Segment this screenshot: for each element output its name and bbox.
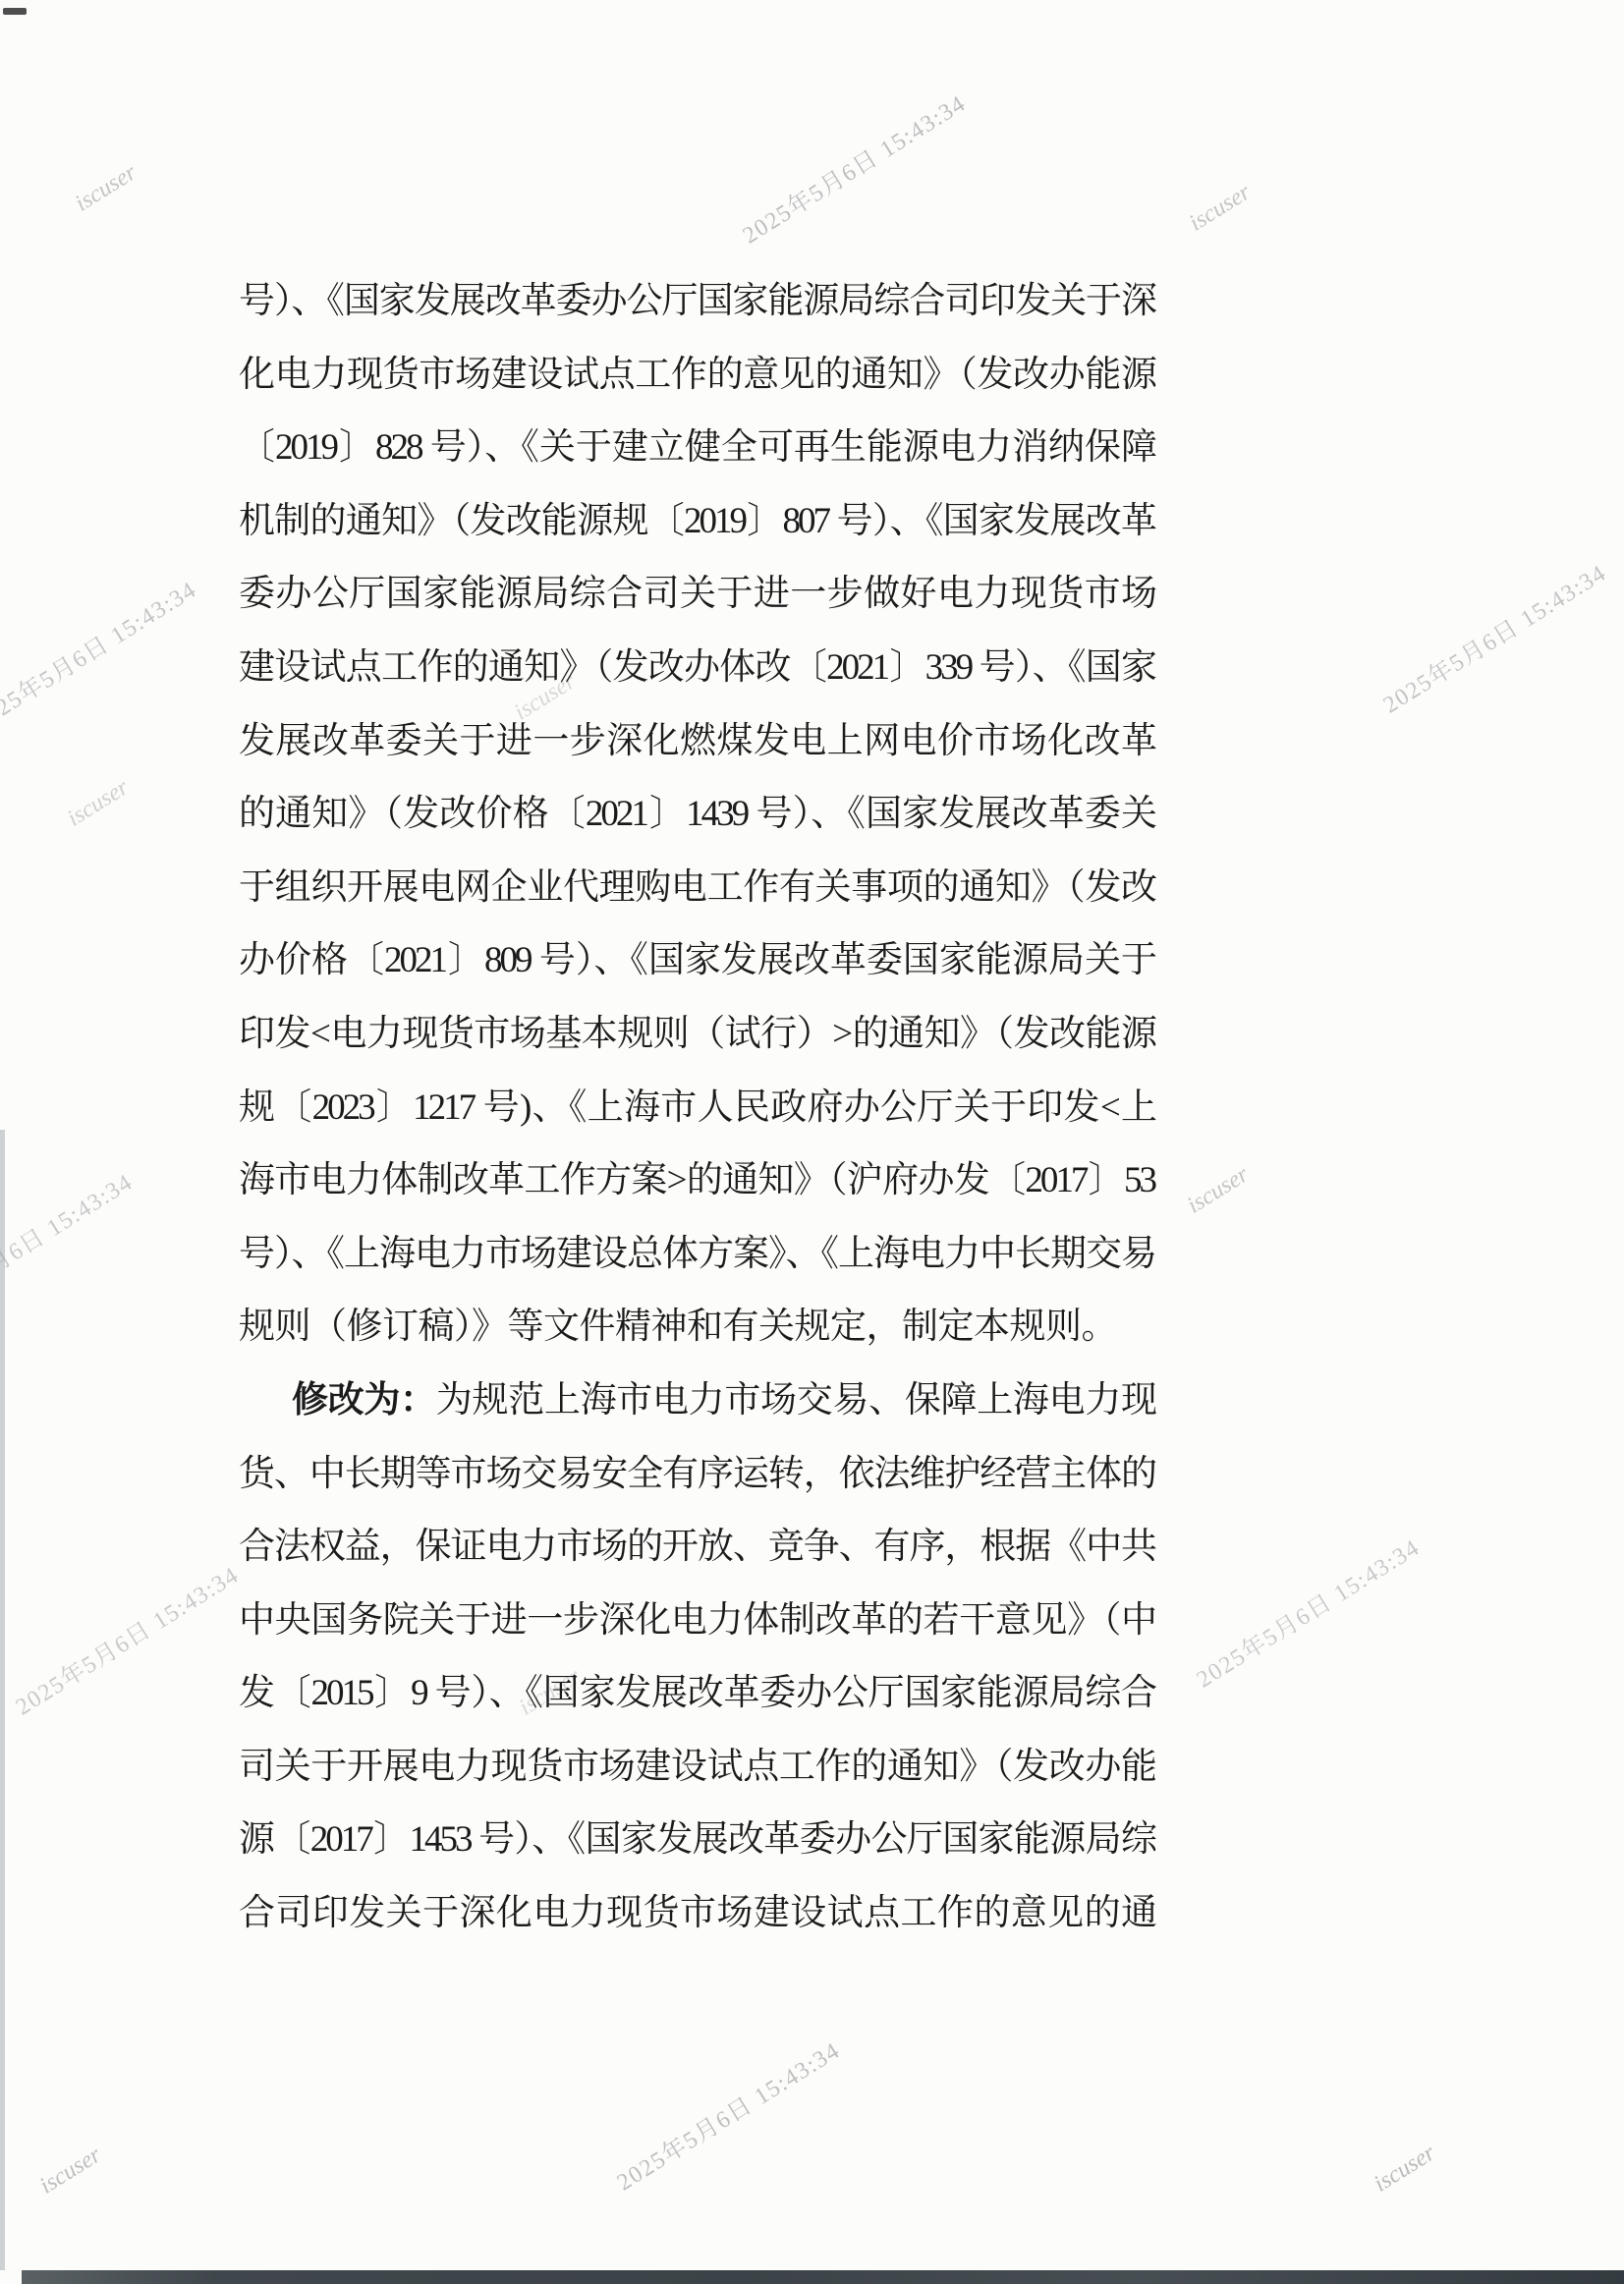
watermark-username: iscuser [63, 775, 134, 833]
watermark-username: iscuser [1370, 2141, 1440, 2199]
watermark-timestamp: 2025年5月6日 15:43:34 [0, 1163, 139, 1329]
text-line: 发展改革委关于进一步深化燃煤发电上网电价市场化改革 [239, 705, 1154, 779]
text-line: 司关于开展电力现货市场建设试点工作的通知》（发改办能 [239, 1731, 1154, 1805]
text-line: 印发<电力现货市场基本规则（试行）>的通知》（发改能源 [239, 998, 1154, 1072]
watermark-username: iscuser [35, 2143, 106, 2200]
watermark-timestamp: 2025年5月6日 15:43:34 [1188, 1529, 1425, 1695]
text-line: 的通知》（发改价格〔2021〕1439 号）、《国家发展改革委关 [239, 778, 1154, 852]
text-line: 〔2019〕828 号）、《关于建立健全可再生能源电力消纳保障 [239, 412, 1154, 485]
text-line: 规则（修订稿）》等文件精神和有关规定，制定本规则。 [239, 1291, 1154, 1365]
paragraph-lead-bold: 修改为： [292, 1380, 436, 1421]
text-line: 机制的通知》（发改能源规〔2019〕807 号）、《国家发展改革 [239, 485, 1154, 559]
scanned-document-page: iscuser2025年5月6日 15:43:34iscuser2025年5月6… [0, 0, 1624, 2284]
text-line: 货、中长期等市场交易安全有序运转，依法维护经营主体的 [239, 1438, 1154, 1512]
text-line: 规〔2023〕1217 号)、《上海市人民政府办公厅关于印发<上 [239, 1072, 1154, 1145]
text-line: 发〔2015〕9 号）、《国家发展改革委办公厅国家能源局综合 [239, 1657, 1154, 1731]
text-line: 修改为：为规范上海市电力市场交易、保障上海电力现 [239, 1365, 1154, 1438]
text-line: 号）、《上海电力市场建设总体方案》、《上海电力中长期交易 [239, 1218, 1154, 1292]
text-line: 海市电力体制改革工作方案>的通知》（沪府办发〔2017〕53 [239, 1144, 1154, 1218]
watermark-timestamp: 2025年5月6日 15:43:34 [0, 571, 202, 737]
text-body: 号）、《国家发展改革委办公厅国家能源局综合司印发关于深化电力现货市场建设试点工作… [239, 265, 1154, 1951]
text-line: 源〔2017〕1453 号）、《国家发展改革委办公厅国家能源局综 [239, 1804, 1154, 1877]
watermark-username: iscuser [1185, 180, 1256, 238]
watermark-username: iscuser [71, 160, 141, 218]
watermark-timestamp: 2025年5月6日 15:43:34 [1374, 554, 1611, 720]
watermark-timestamp: 2025年5月6日 15:43:34 [608, 2032, 845, 2198]
text-line: 建设试点工作的通知》（发改办体改〔2021〕339 号）、《国家 [239, 632, 1154, 705]
text-line: 于组织开展电网企业代理购电工作有关事项的通知》（发改 [239, 852, 1154, 925]
text-line: 委办公厅国家能源局综合司关于进一步做好电力现货市场 [239, 558, 1154, 632]
watermark-timestamp: 2025年5月6日 15:43:34 [734, 84, 971, 251]
watermark-username: iscuser [1183, 1162, 1254, 1220]
text-line: 合法权益，保证电力市场的开放、竞争、有序，根据《中共 [239, 1511, 1154, 1585]
text-line: 办价格〔2021〕809 号）、《国家发展改革委国家能源局关于 [239, 924, 1154, 998]
text-line: 号）、《国家发展改革委办公厅国家能源局综合司印发关于深 [239, 265, 1154, 339]
watermark-timestamp: 2025年5月6日 15:43:34 [7, 1556, 244, 1722]
text-line: 化电力现货市场建设试点工作的意见的通知》（发改办能源 [239, 339, 1154, 413]
text-line: 中央国务院关于进一步深化电力体制改革的若干意见》（中 [239, 1585, 1154, 1658]
scan-bottom-edge-artifact [22, 2270, 1624, 2284]
text-line: 合司印发关于深化电力现货市场建设试点工作的意见的通 [239, 1877, 1154, 1951]
